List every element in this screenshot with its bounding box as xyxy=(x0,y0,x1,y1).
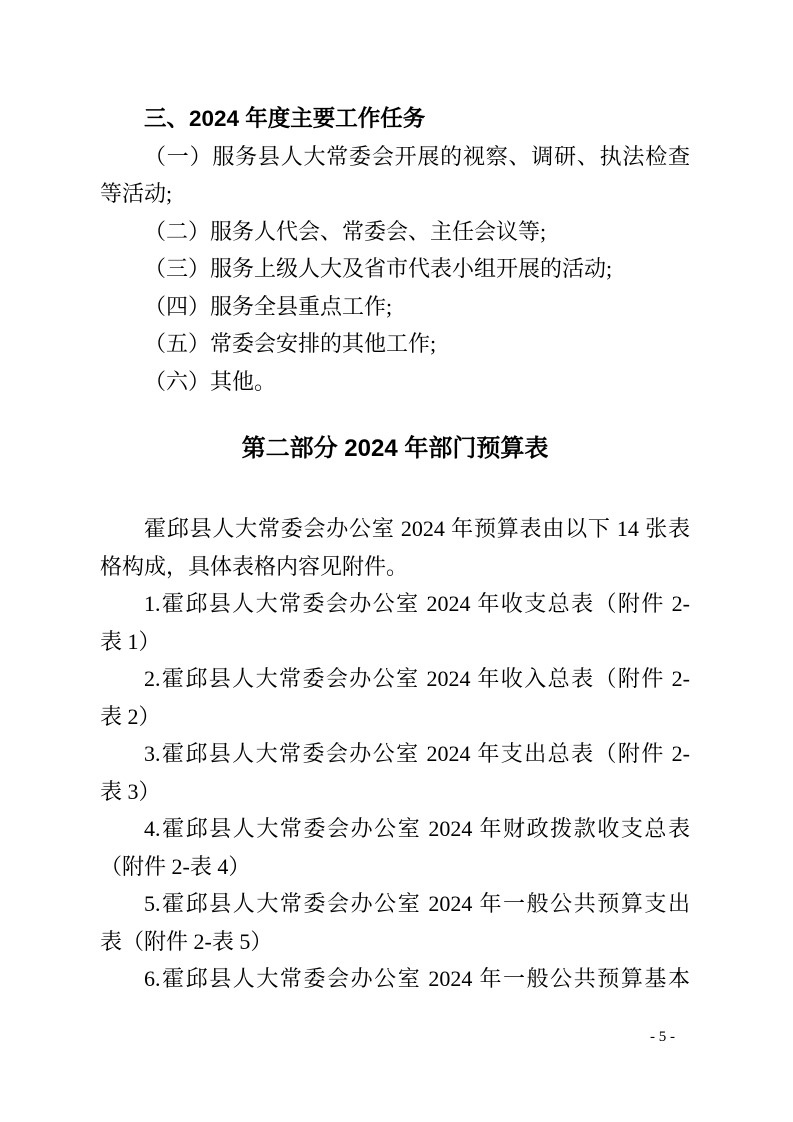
table-item-4-line-1: 4.霍邱县人大常委会办公室 2024 年财政拨款收支总表 xyxy=(100,810,690,848)
task-item-2: （二）服务人代会、常委会、主任会议等; xyxy=(100,213,690,251)
table-item-3-line-1: 3.霍邱县人大常委会办公室 2024 年支出总表（附件 2- xyxy=(100,735,690,773)
task-item-3: （三）服务上级人大及省市代表小组开展的活动; xyxy=(100,250,690,288)
document-page: 三、2024 年度主要工作任务 （一）服务县人大常委会开展的视察、调研、执法检查… xyxy=(0,0,793,1122)
task-item-5: （五）常委会安排的其他工作; xyxy=(100,325,690,363)
task-item-1-line-2: 等活动; xyxy=(100,175,690,213)
task-item-4: （四）服务全县重点工作; xyxy=(100,288,690,326)
part2-heading: 第二部分 2024 年部门预算表 xyxy=(100,427,690,471)
document-content: 三、2024 年度主要工作任务 （一）服务县人大常委会开展的视察、调研、执法检查… xyxy=(100,0,690,998)
task-item-6: （六）其他。 xyxy=(100,363,690,401)
table-item-5-line-2: 表（附件 2-表 5） xyxy=(100,923,690,961)
table-item-2-line-2: 表 2） xyxy=(100,698,690,736)
work-tasks-heading: 三、2024 年度主要工作任务 xyxy=(100,100,690,138)
table-item-5-line-1: 5.霍邱县人大常委会办公室 2024 年一般公共预算支出 xyxy=(100,885,690,923)
task-item-1-line-1: （一）服务县人大常委会开展的视察、调研、执法检查 xyxy=(100,138,690,176)
page-number: - 5 - xyxy=(650,1028,675,1046)
intro-line-1: 霍邱县人大常委会办公室 2024 年预算表由以下 14 张表 xyxy=(100,510,690,548)
table-item-1-line-1: 1.霍邱县人大常委会办公室 2024 年收支总表（附件 2- xyxy=(100,585,690,623)
table-item-2-line-1: 2.霍邱县人大常委会办公室 2024 年收入总表（附件 2- xyxy=(100,660,690,698)
table-item-4-line-2: （附件 2-表 4） xyxy=(100,848,690,886)
table-item-6-line-1: 6.霍邱县人大常委会办公室 2024 年一般公共预算基本 xyxy=(100,960,690,998)
intro-line-2: 格构成，具体表格内容见附件。 xyxy=(100,548,690,586)
table-item-1-line-2: 表 1） xyxy=(100,623,690,661)
table-item-3-line-2: 表 3） xyxy=(100,773,690,811)
